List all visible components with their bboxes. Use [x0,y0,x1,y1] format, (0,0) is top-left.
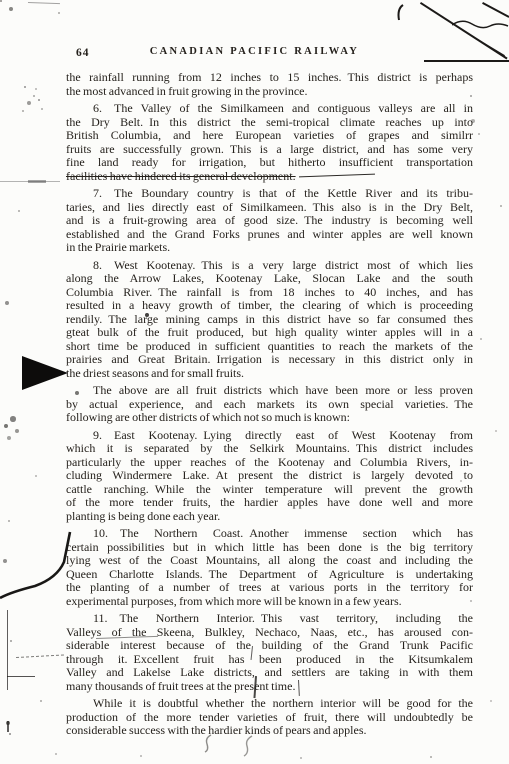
text-line-struck: facilities have hindered its general dev… [66,170,473,184]
text-line: cluding Windermere Lake. At present the … [66,469,473,483]
text-line: Valley and Lakelse Lake districts, and s… [66,666,473,680]
text-line: many thousands of fruit trees at the pre… [66,680,473,694]
page-number: 64 [76,47,90,59]
text-line: the planting of a number of trees at var… [66,581,473,595]
text-line: The above are all fruit districts which … [66,384,473,398]
text-line: the most advanced in fruit growing in th… [66,85,473,99]
paragraph-7: 7. The Boundary country is that of the K… [66,187,473,255]
text-line: Queen Charlotte Islands. The Department … [66,568,473,582]
text-line: the rainfall running from 12 inches to 1… [66,71,473,85]
scan-artifact-hook-mark [395,4,407,22]
paragraph-6: 6. The Valley of the Similkameen and con… [66,102,473,183]
scan-artifact-curve [0,528,74,602]
text-line: gteat bulk of the fruit produced, but hi… [66,326,473,340]
text-line: and is a fruit-growing area of good size… [66,214,473,228]
text-line: 8. West Kootenay. This is a very large d… [66,259,473,273]
text-line: rendily. The large mining camps in this … [66,313,473,327]
text-line: fruits are successfully grown. This is a… [66,143,473,157]
text-line: lying west of the Coast Mountains, all a… [66,554,473,568]
text-line: in the Prairie markets. [66,241,473,255]
text-line: considerable success with the hardier ki… [66,724,473,738]
text-line: production of the more tender varieties … [66,711,473,725]
scanned-book-page: 64 CANADIAN PACIFIC RAILWAY the rainfall… [0,0,509,764]
text-line: experimental purposes, from which more w… [66,595,473,609]
text-line: taries, and lies directly east of Similk… [66,201,473,215]
text-line: 6. The Valley of the Similkameen and con… [66,102,473,116]
pen-strike-tail [299,174,375,178]
paragraph-9: 9. East Kootenay. Lying directly east of… [66,429,473,524]
scan-artifact-small-mark [7,721,9,732]
text-line: resulted in a heavy growth of timber, th… [66,299,473,313]
paragraph-11: 11. The Northern Interior. This vast ter… [66,612,473,693]
scan-artifact-scratch-short [482,2,509,17]
paragraph-above: The above are all fruit districts which … [66,384,473,425]
text-line: certain possibilities but in which littl… [66,541,473,555]
text-line: through it. Excellent fruit has been pro… [66,653,473,667]
text-line: along the Arrow Lakes, Kootenay Lake, Sl… [66,272,473,286]
text-line: the driest seasons and for small fruits. [66,367,473,381]
text-line: While it is doubtful whether the norther… [66,697,473,711]
text-line: 11. The Northern Interior. This vast ter… [66,612,473,626]
text-line: short time be produced in sufficient qua… [66,340,473,354]
scan-artifact-black-wedge [22,356,68,390]
text-line: 7. The Boundary country is that of the K… [66,187,473,201]
text-line: Columbia River. The rainfall is from 18 … [66,286,473,300]
text-line: by actual experience, and each markets i… [66,398,473,412]
text-line: siderable interest because of the buildi… [66,639,473,653]
text-line: which it is separated by the Selkirk Mou… [66,442,473,456]
paragraph-8: 8. West Kootenay. This is a very large d… [66,259,473,381]
text-line: established and the Grand Forks prunes a… [66,228,473,242]
text-line: British Columbia, and here European vari… [66,129,473,143]
text-line: the Dry Belt. In this district the semi-… [66,116,473,130]
scan-artifact-left-rule [0,181,60,182]
paragraph-intro: the rainfall running from 12 inches to 1… [66,71,473,98]
scan-artifact-specks [0,0,2,2]
struck-text: facilities have hindered its general dev… [66,169,296,183]
text-line: of the more tender fruits, the hardier a… [66,496,473,510]
text-line: 10. The Northern Coast. Another immense … [66,527,473,541]
text-line: prairies and Great Britain. Irrigation i… [66,353,473,367]
scan-artifact-topleft-dash [28,2,60,4]
scan-artifact-horizontal-tick [7,676,35,677]
text-line: following are other districts of which n… [66,411,473,425]
text-line: particularly the upper reaches of the Ko… [66,456,473,470]
text-line: fine land ready for irrigation, but hith… [66,156,473,170]
paragraph-10: 10. The Northern Coast. Another immense … [66,527,473,608]
page-body: the rainfall running from 12 inches to 1… [66,71,473,742]
scan-artifact-header-rule [424,60,509,62]
text-line: 9. East Kootenay. Lying directly east of… [66,429,473,443]
text-line: planting is being done each year. [66,510,473,524]
text-line: cattle ranching. While the winter temper… [66,483,473,497]
scan-artifact-dashed-line [16,654,64,658]
scan-artifact-vertical-line [7,610,8,690]
paragraph-final: While it is doubtful whether the norther… [66,697,473,738]
